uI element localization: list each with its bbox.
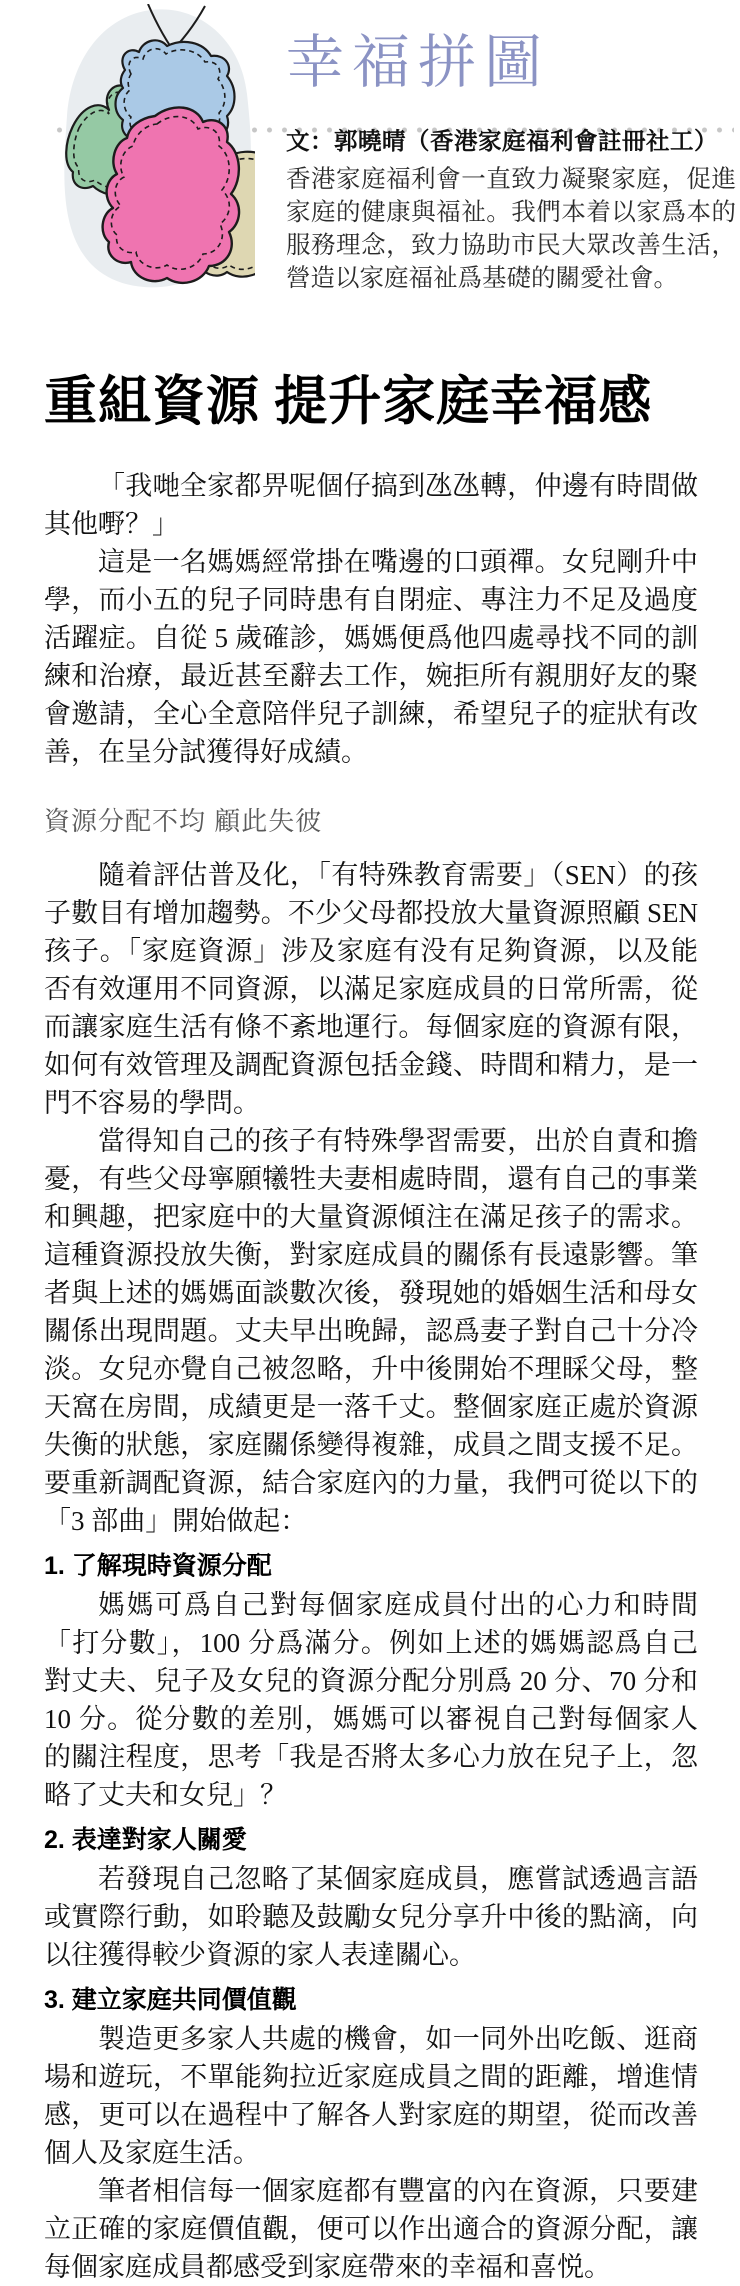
article-body: 重組資源 提升家庭幸福感 「我哋全家都畀呢個仔搞到氹氹轉，仲邊有時間做其他嘢？」… xyxy=(0,372,740,2286)
article-paragraph: 筆者相信每一個家庭都有豐富的內在資源，只要建立正確的家庭價值觀，便可以作出適合的… xyxy=(44,2172,698,2286)
article-paragraph: 隨着評估普及化，「有特殊教育需要」（SEN）的孩子數目有增加趨勢。不少父母都投放… xyxy=(44,856,698,1122)
article-paragraph: 「我哋全家都畀呢個仔搞到氹氹轉，仲邊有時間做其他嘢？」 xyxy=(44,467,698,543)
article-paragraph: 媽媽可爲自己對每個家庭成員付出的心力和時間「打分數」，100 分爲滿分。例如上述… xyxy=(44,1586,698,1814)
numbered-heading-2: 2. 表達對家人關愛 xyxy=(44,1820,698,1856)
masthead: 幸福拼圖 文：郭曉晴（香港家庭福利會註冊社工） 香港家庭福利會一直致力凝聚家庭，… xyxy=(0,0,740,312)
article-paragraph: 製造更多家人共處的機會，如一同外出吃飯、逛商場和遊玩，不單能夠拉近家庭成員之間的… xyxy=(44,2020,698,2172)
numbered-heading-1: 1. 了解現時資源分配 xyxy=(44,1546,698,1582)
article-headline: 重組資源 提升家庭幸福感 xyxy=(44,372,698,433)
article-paragraph: 若發現自己忽略了某個家庭成員，應嘗試透過言語或實際行動，如聆聽及鼓勵女兒分享升中… xyxy=(44,1860,698,1974)
numbered-heading-3: 3. 建立家庭共同價值觀 xyxy=(44,1980,698,2016)
puzzle-pieces-illustration-icon xyxy=(33,4,255,294)
column-title: 幸福拼圖 xyxy=(286,28,736,98)
section-subheading: 資源分配不均 顧此失彼 xyxy=(44,801,698,838)
article-paragraph: 當得知自己的孩子有特殊學習需要，出於自責和擔憂，有些父母寧願犧牲夫妻相處時間，還… xyxy=(44,1122,698,1540)
byline: 文：郭曉晴（香港家庭福利會註冊社工） xyxy=(286,128,736,157)
masthead-intro-text: 香港家庭福利會一直致力凝聚家庭，促進家庭的健康與福祉。我們本着以家爲本的服務理念… xyxy=(286,163,736,295)
article-paragraph: 這是一名媽媽經常掛在嘴邊的口頭禪。女兒剛升中學，而小五的兒子同時患有自閉症、專注… xyxy=(44,543,698,771)
